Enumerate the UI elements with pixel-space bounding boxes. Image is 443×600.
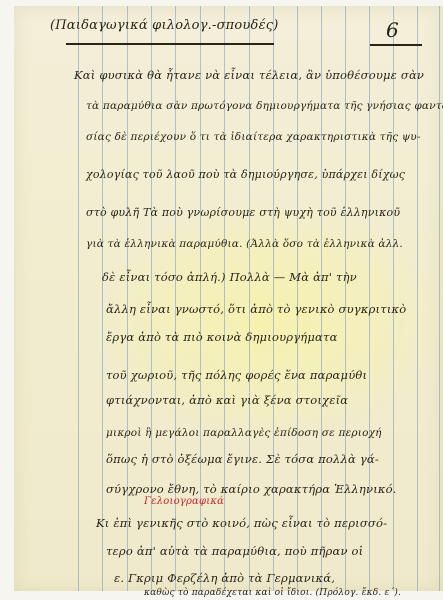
- text-line: σίας δὲ περιέχουν ὅ τι τὰ ἰδιαίτερα χαρα…: [86, 131, 421, 143]
- text-line: τὰ παραμύθια σὰν πρωτόγονα δημιουργήματα…: [86, 100, 443, 112]
- text-line: Κι ἐπὶ γενικῆς στὸ κοινό, πὼς εἶναι τὸ π…: [96, 516, 387, 530]
- ruled-line: [417, 6, 418, 591]
- text-line: ε. Γκριμ Φερζέλη ἀπὸ τὰ Γερμανικά,: [114, 571, 335, 585]
- red-correction: Γελοιογραφικά: [144, 496, 224, 507]
- ruled-line: [249, 6, 250, 591]
- ruled-line: [345, 6, 346, 591]
- text-line: σύγχρονο ἔθνη, τὸ καίριο χαρακτήρα Ἑλλην…: [106, 482, 397, 496]
- text-line: μικροὶ ἢ μεγάλοι παραλλαγὲς ἐπίδοση σε π…: [106, 427, 382, 439]
- text-line: Καὶ φυσικὰ θὰ ἦτανε νὰ εἶναι τέλεια, ἂν …: [74, 68, 424, 82]
- heading-underline: [66, 43, 274, 45]
- ruled-line: [321, 6, 322, 591]
- ruled-line: [224, 6, 225, 591]
- ruled-line: [78, 6, 79, 591]
- text-line: γιὰ τὰ ἑλληνικὰ παραμύθια. (Ἀλλὰ ὅσο τὰ …: [86, 238, 403, 250]
- text-line: τερο ἀπ' αὐτὰ τὰ παραμύθια, ποὺ πῆραν οἱ: [106, 544, 363, 558]
- ruled-line: [369, 6, 370, 591]
- text-line: τοῦ χωριοῦ, τῆς πόλης φορές ἕνα παραμύθι: [106, 368, 367, 382]
- text-line: ἔργα ἀπὸ τὰ πιὸ κοινὰ δημιουργήματα: [106, 330, 338, 344]
- ruled-line: [439, 6, 440, 591]
- text-line: φτιάχνονται, ἀπὸ καὶ γιὰ ξένα στοιχεῖα: [106, 393, 348, 407]
- text-line: δὲ εἶναι τόσο ἀπλή.) Πολλὰ — Μὰ ἀπ' τὴν: [102, 270, 357, 284]
- ruled-line: [273, 6, 274, 591]
- ruled-line: [297, 6, 298, 591]
- text-line: στὸ φυλῆ Τὰ ποὺ γνωρίσουμε στὴ ψυχὴ τοῦ …: [86, 206, 400, 219]
- ruled-line: [127, 6, 128, 591]
- text-line: χολογίας τοῦ λαοῦ ποὺ τὰ δημιούργησε, ὑπ…: [86, 168, 405, 181]
- manuscript-page: (Παιδαγωγικά φιλολογ.-σπουδές) 6 Καὶ φυσ…: [14, 6, 443, 591]
- page-heading: (Παιδαγωγικά φιλολογ.-σπουδές): [50, 18, 279, 33]
- page-number: 6: [386, 18, 399, 42]
- page-number-underline: [370, 44, 422, 46]
- ruled-line: [393, 6, 394, 591]
- text-line: καθὼς τὸ παραδέχεται καὶ οἱ ἴδιοι. (Πρόλ…: [144, 588, 401, 598]
- text-line: ὅπως ἡ στὸ ὀξέωμα ἔγινε. Σὲ τόσα πολλὰ γ…: [106, 452, 379, 466]
- text-line: ἄλλη εἶναι γνωστό, ὅτι ἀπὸ τὸ γενικὸ συγ…: [106, 302, 406, 316]
- ruled-line: [102, 6, 103, 591]
